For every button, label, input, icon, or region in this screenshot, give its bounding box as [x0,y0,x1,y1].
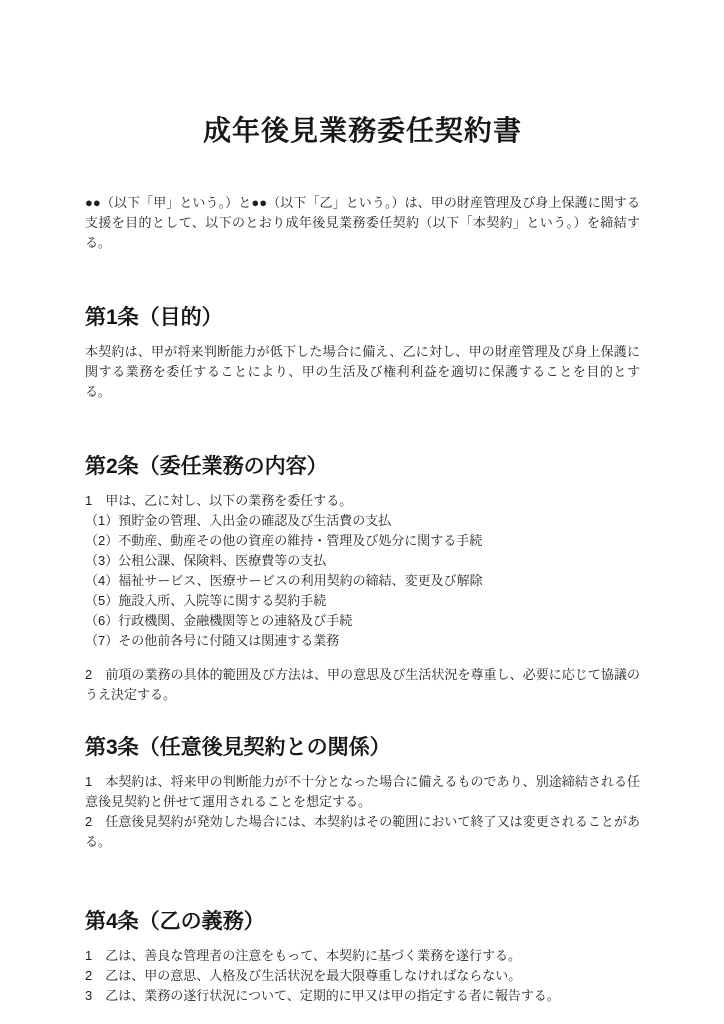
article-2-lead: 1 甲は、乙に対し、以下の業務を委任する。 [85,491,640,511]
article-1-purpose: 第1条（目的） 本契約は、甲が将来判断能力が低下した場合に備え、乙に対し、甲の財… [85,303,640,402]
article-4-obligations-of-otsu: 第4条（乙の義務） 1 乙は、善良な管理者の注意をもって、本契約に基づく業務を遂… [85,907,640,1006]
article-3-voluntary-guardianship-relation: 第3条（任意後見契約との関係） 1 本契約は、将来甲の判断能力が不十分となった場… [85,733,640,852]
article-2-item-6: （6）行政機関、金融機関等との連絡及び手続 [85,611,640,631]
article-4-paragraph-3: 3 乙は、業務の遂行状況について、定期的に甲又は甲の指定する者に報告する。 [85,986,640,1006]
article-2-item-2: （2）不動産、動産その他の資産の維持・管理及び処分に関する手続 [85,531,640,551]
article-4-paragraph-2: 2 乙は、甲の意思、人格及び生活状況を最大限尊重しなければならない。 [85,966,640,986]
article-4-paragraph-1: 1 乙は、善良な管理者の注意をもって、本契約に基づく業務を遂行する。 [85,946,640,966]
intro-paragraph: ●●（以下「甲」という。）と●●（以下「乙」という。）は、甲の財産管理及び身上保… [85,193,640,253]
document-title: 成年後見業務委任契約書 [85,113,640,149]
article-2-delegated-duties: 第2条（委任業務の内容） 1 甲は、乙に対し、以下の業務を委任する。 （1）預貯… [85,452,640,705]
article-2-paragraph-2: 2 前項の業務の具体的範囲及び方法は、甲の意思及び生活状況を尊重し、必要に応じて… [85,665,640,705]
article-2-item-4: （4）福祉サービス、医療サービスの利用契約の締結、変更及び解除 [85,571,640,591]
article-4-heading: 第4条（乙の義務） [85,907,640,937]
article-2-item-5: （5）施設入所、入院等に関する契約手続 [85,591,640,611]
article-3-paragraph-2: 2 任意後見契約が発効した場合には、本契約はその範囲において終了又は変更されるこ… [85,812,640,852]
contract-document-page: 成年後見業務委任契約書 ●●（以下「甲」という。）と●●（以下「乙」という。）は… [0,0,724,1024]
article-2-item-3: （3）公租公課、保険料、医療費等の支払 [85,551,640,571]
article-3-paragraph-1: 1 本契約は、将来甲の判断能力が不十分となった場合に備えるものであり、別途締結さ… [85,772,640,812]
article-3-heading: 第3条（任意後見契約との関係） [85,733,640,763]
article-2-item-1: （1）預貯金の管理、入出金の確認及び生活費の支払 [85,511,640,531]
article-2-heading: 第2条（委任業務の内容） [85,452,640,482]
article-1-body: 本契約は、甲が将来判断能力が低下した場合に備え、乙に対し、甲の財産管理及び身上保… [85,342,640,402]
article-1-heading: 第1条（目的） [85,303,640,333]
article-2-item-7: （7）その他前各号に付随又は関連する業務 [85,631,640,651]
